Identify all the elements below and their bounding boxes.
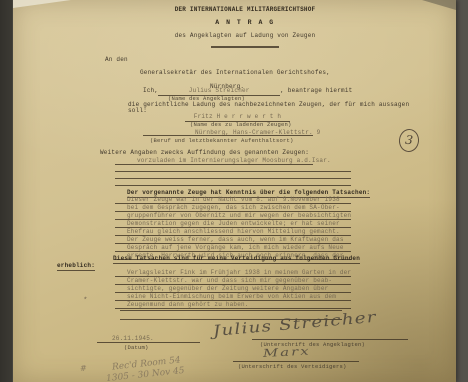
- date-caption: (Datum): [124, 344, 149, 351]
- witness-address-underline: [143, 135, 313, 136]
- facts-heading: Der vorgenannte Zeuge hat Kenntnis über …: [127, 189, 370, 196]
- relevance-line: Verlagsleiter Fink im Frühjahr 1938 in m…: [115, 269, 351, 277]
- relevance-line: seine Nicht-Einmischung beim Erwerbe von…: [115, 293, 351, 301]
- further-info-underline: [115, 164, 313, 165]
- witness-address-caption: (Beruf und letztbekannter Aufenthaltsort…: [150, 137, 294, 144]
- header-divider: [211, 46, 279, 48]
- blank-rule: [115, 178, 351, 179]
- addressee-salutation: An den: [105, 56, 128, 63]
- request-line-2: soll:: [128, 107, 147, 114]
- facts-line: Dieser Zeuge war in der Nacht vom 8. auf…: [115, 196, 351, 204]
- witness-name-caption: (Name des zu ladenden Zeugen): [190, 121, 292, 128]
- relevance-lines: Verlagsleiter Fink im Frühjahr 1938 in m…: [115, 269, 351, 309]
- facts-line: Demonstration gegen die Juden entwickelt…: [115, 220, 351, 228]
- pencil-mark: #: [80, 364, 87, 373]
- relevance-heading-2-text: erheblich:: [57, 262, 95, 271]
- facts-line: Gespräch auf jene Vorgänge kam, ich mich…: [115, 244, 351, 252]
- facts-line: Der Zeuge weiss ferner, dass auch, wenn …: [115, 236, 351, 244]
- relevance-heading-1-text: Diese Tatsachen sind für meine Verteidig…: [113, 255, 360, 264]
- further-info-value: vorzuladen im Internierungslager Moosbur…: [137, 157, 331, 164]
- relevance-line: Cramer-Klettstr. war und dass sich mir g…: [115, 277, 351, 285]
- blank-rule: [120, 310, 342, 311]
- facts-line: gruppenführer von Obernitz und mir wegen…: [115, 212, 351, 220]
- tribunal-title: DER INTERNATIONALE MILITÄRGERICHTSHOF: [30, 6, 460, 13]
- blank-rule: [115, 171, 351, 172]
- further-info-label: Weitere Angaben zwecks Auffindung des ge…: [100, 149, 309, 156]
- relevance-line: sichtigte, gegenüber der Zeitung weitere…: [115, 285, 351, 293]
- facts-line: Ehefrau gleich anschliessend hiervon Mit…: [115, 228, 351, 236]
- blank-rule: [115, 185, 351, 186]
- request-line-1: die gerichtliche Ladung des nachbezeichn…: [128, 101, 409, 108]
- date-underline: [97, 342, 200, 343]
- counsel-signature: Marx: [263, 345, 311, 360]
- relevance-heading-2: erheblich:: [57, 262, 95, 269]
- date-value: 26.11.1945.: [112, 335, 154, 342]
- relevance-line: Zeugenmund dann gehört zu haben.: [115, 301, 351, 309]
- facts-line: bei dem Gespräch zugegen, das sich zwisc…: [115, 204, 351, 212]
- addressee-recipient: Generalsekretär des Internationalen Geri…: [140, 69, 330, 76]
- defendant-signature-line: [252, 339, 408, 340]
- form-subtitle: des Angeklagten auf Ladung von Zeugen: [30, 32, 460, 39]
- application-prefix: Ich,: [143, 87, 158, 94]
- application-suffix: , beantrage hiermit: [280, 87, 352, 94]
- counsel-signature-line: [233, 361, 359, 362]
- counsel-signature-caption: (Unterschrift des Verteidigers): [238, 363, 347, 370]
- relevance-heading-1: Diese Tatsachen sind für meine Verteidig…: [113, 255, 360, 262]
- pencil-mark: ٭: [83, 294, 87, 302]
- form-title: A N T R A G: [30, 19, 460, 26]
- facts-lines: Dieser Zeuge war in der Nacht vom 8. auf…: [115, 196, 351, 260]
